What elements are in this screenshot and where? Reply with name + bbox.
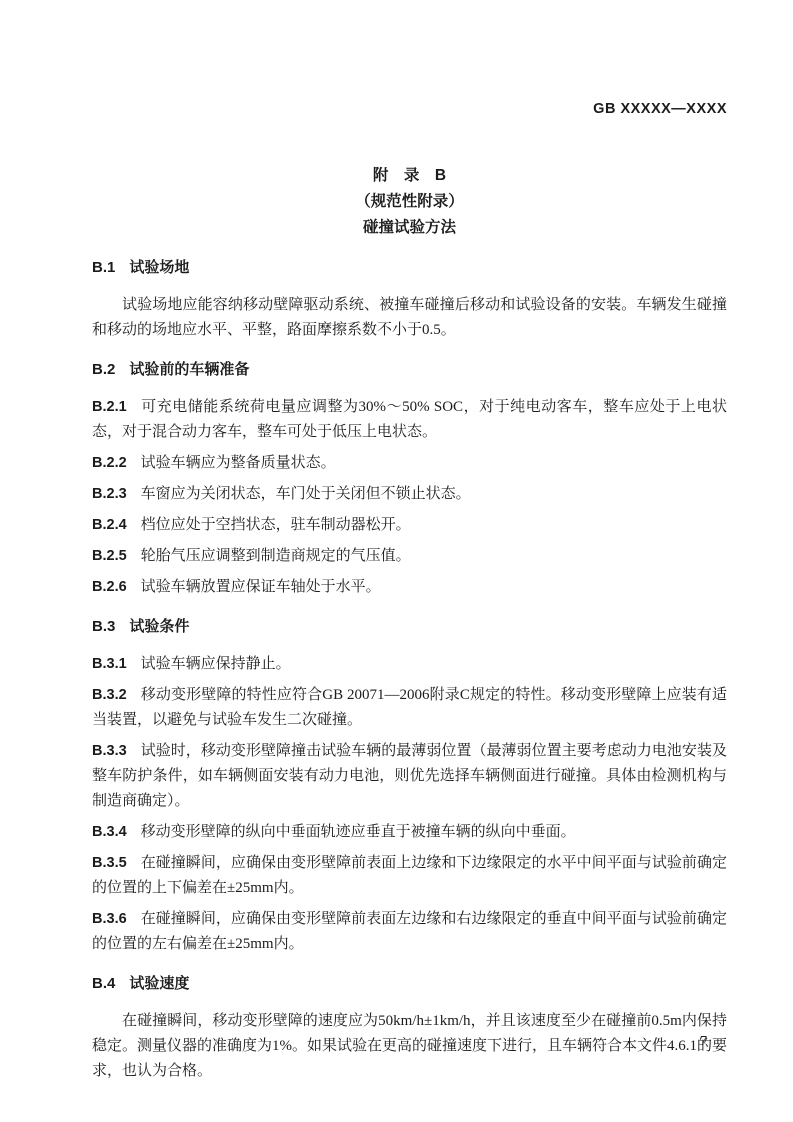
clause-paragraph: B.2.2试验车辆应为整备质量状态。 (92, 451, 727, 476)
page-header: GB XXXXX—XXXX (92, 97, 727, 122)
clause-text: 移动变形壁障的特性应符合GB 20071—2006附录C规定的特性。移动变形壁障… (92, 687, 727, 728)
clause-text: 试验时，移动变形壁障撞击试验车辆的最薄弱位置（最薄弱位置主要考虑动力电池安装及整… (92, 743, 727, 809)
clause-paragraph: B.3.5在碰撞瞬间，应确保由变形壁障前表面上边缘和下边缘限定的水平中间平面与试… (92, 851, 727, 901)
clause-text: 在碰撞瞬间，移动变形壁障的速度应为50km/h±1km/h，并且该速度至少在碰撞… (92, 1013, 727, 1079)
clause-text: 在碰撞瞬间，应确保由变形壁障前表面左边缘和右边缘限定的垂直中间平面与试验前确定的… (92, 911, 727, 952)
document-page: GB XXXXX—XXXX 附 录 B （规范性附录） 碰撞试验方法 B.1试验… (0, 0, 793, 1122)
clause-text: 在碰撞瞬间，应确保由变形壁障前表面上边缘和下边缘限定的水平中间平面与试验前确定的… (92, 855, 727, 896)
doc-number: GB XXXXX—XXXX (593, 101, 727, 117)
clause-paragraph: B.3.2移动变形壁障的特性应符合GB 20071—2006附录C规定的特性。移… (92, 683, 727, 733)
section-title: 试验前的车辆准备 (129, 361, 249, 378)
clause-number: B.3.6 (92, 911, 127, 927)
section-title: 试验速度 (129, 975, 189, 992)
clause-number: B.3.3 (92, 743, 127, 759)
sections-container: B.1试验场地试验场地应能容纳移动壁障驱动系统、被撞车碰撞后移动和试验设备的安装… (92, 255, 727, 1084)
clause-text: 移动变形壁障的纵向中垂面轨迹应垂直于被撞车辆的纵向中垂面。 (141, 824, 576, 840)
section-heading-b-4: B.4试验速度 (92, 971, 727, 996)
clause-paragraph: B.2.6试验车辆放置应保证车轴处于水平。 (92, 575, 727, 600)
clause-text: 车窗应为关闭状态，车门处于关闭但不锁止状态。 (141, 486, 471, 502)
page-footer: 7 (700, 1029, 707, 1054)
clause-paragraph: B.3.4移动变形壁障的纵向中垂面轨迹应垂直于被撞车辆的纵向中垂面。 (92, 820, 727, 845)
clause-number: B.3.5 (92, 855, 127, 871)
clause-text: 试验车辆应保持静止。 (141, 656, 291, 672)
clause-number: B.3.4 (92, 824, 127, 840)
clause-text: 试验车辆应为整备质量状态。 (141, 455, 336, 471)
clause-text: 轮胎气压应调整到制造商规定的气压值。 (141, 548, 411, 564)
body-paragraph: 试验场地应能容纳移动壁障驱动系统、被撞车碰撞后移动和试验设备的安装。车辆发生碰撞… (92, 293, 727, 343)
appendix-subtitle: （规范性附录） (92, 189, 727, 215)
page-number: 7 (700, 1034, 707, 1049)
clause-number: B.2.1 (92, 399, 127, 415)
clause-number: B.2.5 (92, 548, 127, 564)
section-number: B.2 (92, 361, 115, 378)
clause-paragraph: B.2.4档位应处于空挡状态，驻车制动器松开。 (92, 513, 727, 538)
clause-number: B.3.2 (92, 687, 127, 703)
clause-paragraph: B.3.6在碰撞瞬间，应确保由变形壁障前表面左边缘和右边缘限定的垂直中间平面与试… (92, 907, 727, 957)
appendix-title: 附 录 B (92, 163, 727, 189)
clause-paragraph: B.3.3试验时，移动变形壁障撞击试验车辆的最薄弱位置（最薄弱位置主要考虑动力电… (92, 739, 727, 814)
clause-number: B.2.2 (92, 455, 127, 471)
section-number: B.1 (92, 259, 115, 276)
clause-text: 档位应处于空挡状态，驻车制动器松开。 (141, 517, 411, 533)
clause-paragraph: B.2.3车窗应为关闭状态，车门处于关闭但不锁止状态。 (92, 482, 727, 507)
clause-text: 试验车辆放置应保证车轴处于水平。 (141, 579, 381, 595)
clause-number: B.2.6 (92, 579, 127, 595)
clause-text: 试验场地应能容纳移动壁障驱动系统、被撞车碰撞后移动和试验设备的安装。车辆发生碰撞… (92, 297, 727, 338)
section-title: 试验条件 (129, 618, 189, 635)
clause-paragraph: B.2.5轮胎气压应调整到制造商规定的气压值。 (92, 544, 727, 569)
clause-paragraph: B.2.1可充电储能系统荷电量应调整为30%～50% SOC，对于纯电动客车，整… (92, 395, 727, 445)
clause-number: B.2.4 (92, 517, 127, 533)
clause-number: B.2.3 (92, 486, 127, 502)
section-number: B.3 (92, 618, 115, 635)
clause-text: 可充电储能系统荷电量应调整为30%～50% SOC，对于纯电动客车，整车应处于上… (92, 399, 727, 440)
clause-paragraph: B.3.1试验车辆应保持静止。 (92, 652, 727, 677)
section-heading-b-1: B.1试验场地 (92, 255, 727, 280)
appendix-name: 碰撞试验方法 (92, 215, 727, 241)
section-heading-b-3: B.3试验条件 (92, 614, 727, 639)
body-paragraph: 在碰撞瞬间，移动变形壁障的速度应为50km/h±1km/h，并且该速度至少在碰撞… (92, 1009, 727, 1084)
appendix-title-block: 附 录 B （规范性附录） 碰撞试验方法 (92, 163, 727, 241)
section-heading-b-2: B.2试验前的车辆准备 (92, 357, 727, 382)
section-title: 试验场地 (129, 259, 189, 276)
clause-number: B.3.1 (92, 656, 127, 672)
section-number: B.4 (92, 975, 115, 992)
